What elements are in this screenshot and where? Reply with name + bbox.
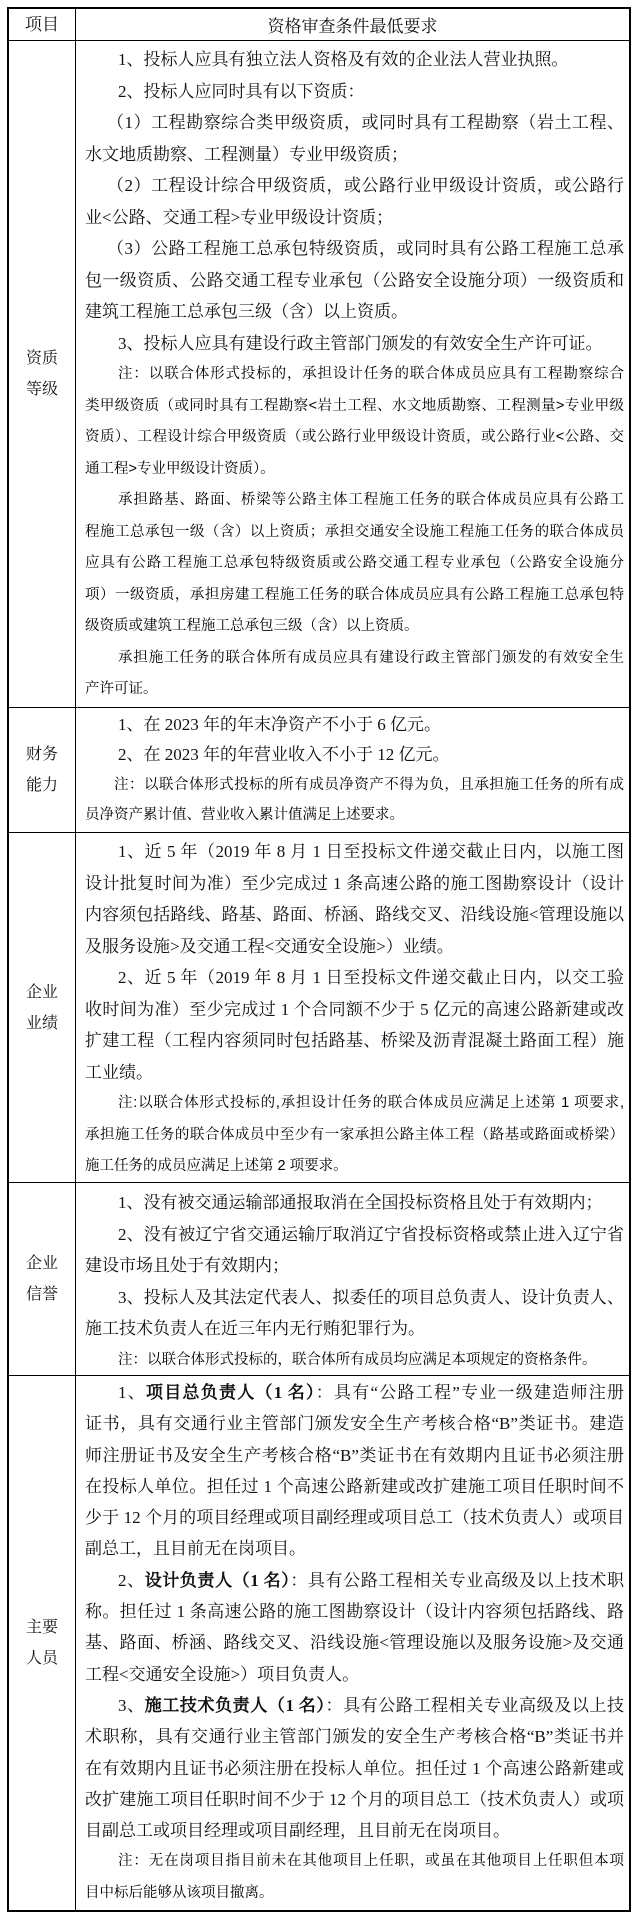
note-paragraph: 注：以联合体形式投标的，承担设计任务的联合体成员应具有工程勘察综合 类甲级资质（… (85, 359, 624, 485)
row-enterprise-reputation: 企业 信誉 1、没有被交通运输部通报取消在全国投标资格且处于有效期内； 2、没有… (9, 1183, 629, 1376)
requirement-line: 3、投标人及其法定代表人、拟委任的项目总负责人、设计负责人、 (85, 1282, 624, 1314)
note-line: 应具有公路工程施工总承包特级资质或公路交通工程专业承包（公路安全设施分 (85, 548, 624, 580)
note-line: 承担路基、路面、桥梁等公路主体工程施工任务的联合体成员应具有公路工 (85, 485, 624, 517)
row-key-personnel: 主要 人员 1、项目总负责人（1 名）：具有“公路工程”专业一级建造师注册 证书… (9, 1376, 629, 1910)
requirement-line: 工程<交通安全设施>）项目负责人。 (85, 1659, 624, 1690)
role-title: 施工技术负责人（1 名） (145, 1696, 326, 1715)
requirement-item: 1、在 2023 年的年末净资产不小于 6 亿元。 (85, 710, 624, 740)
requirement-line: 3、投标人应具有建设行政主管部门颁发的有效安全生产许可证。 (85, 328, 624, 360)
note-line: 注：以联合体形式投标的，承担设计任务的联合体成员应具有工程勘察综合 (85, 359, 624, 391)
requirement-line: 收时间为准）至少完成过 1 个合同额不少于 5 亿元的高速公路新建或改 (85, 994, 624, 1026)
role-title: 项目总负责人（1 名） (146, 1383, 316, 1402)
requirements-cell: 1、投标人应具有独立法人资格及有效的企业法人营业执照。 2、投标人应同时具有以下… (76, 41, 629, 707)
requirement-line: 建设市场且处于有效期内； (85, 1250, 624, 1282)
requirement-item: 3、投标人及其法定代表人、拟委任的项目总负责人、设计负责人、 施工技术负责人在近… (85, 1282, 624, 1345)
row-financial-capacity: 财务 能力 1、在 2023 年的年末净资产不小于 6 亿元。 2、在 2023… (9, 708, 629, 833)
requirement-line: 工业绩。 (85, 1057, 624, 1089)
category-label-line: 财务 (26, 739, 58, 770)
note-line: 级资质或建筑工程施工总承包三级（含）以上资质。 (85, 611, 624, 643)
note-line: 员净资产累计值、营业收入累计值满足上述要求。 (85, 800, 624, 830)
personnel-item-project-manager: 1、项目总负责人（1 名）：具有“公路工程”专业一级建造师注册 证书，具有交通行… (85, 1377, 624, 1565)
requirement-subitem: （1）工程勘察综合类甲级资质，或同时具有工程勘察（岩土工程、 水文地质勘察、工程… (85, 107, 624, 170)
requirement-line: 目副总工或项目经理或项目副经理，且目前无在岗项目。 (85, 1815, 624, 1846)
note-line: 通工程>专业甲级设计资质）。 (85, 454, 624, 486)
requirement-item: 2、没有被辽宁省交通运输厅取消辽宁省投标资格或禁止进入辽宁省 建设市场且处于有效… (85, 1219, 624, 1282)
requirement-line: 2、近 5 年（2019 年 8 月 1 日至投标文件递交截止日内，以交工验 (85, 962, 624, 994)
role-requirement: ：具有公路工程相关专业高级及以上技术职 (290, 1571, 624, 1590)
requirement-line: 扩建工程（工程内容须同时包括路基、桥梁及沥青混凝土路面工程）施 (85, 1025, 624, 1057)
category-label-line: 企业 (26, 977, 58, 1008)
header-item-label: 项目 (25, 9, 59, 40)
requirement-line: （2）工程设计综合甲级资质，或公路行业甲级设计资质，或公路行 (85, 170, 624, 202)
category-label: 主要 人员 (9, 1376, 76, 1910)
personnel-item-construction-technical-lead: 3、施工技术负责人（1 名）：具有公路工程相关专业高级及以上技 术职称，具有交通… (85, 1690, 624, 1846)
role-requirement: ：具有公路工程相关专业高级及以上技 (326, 1696, 625, 1715)
requirement-line: 称。担任过 1 条高速公路的施工图勘察设计（设计内容须包括路线、路 (85, 1596, 624, 1627)
item-number: 3、 (118, 1696, 145, 1715)
requirement-item: 2、在 2023 年的年营业收入不小于 12 亿元。 (85, 740, 624, 770)
requirement-line: 包一级资质、公路交通工程专业承包（公路安全设施分项）一级资质和 (85, 265, 624, 297)
requirement-line: 1、在 2023 年的年末净资产不小于 6 亿元。 (85, 710, 624, 740)
requirement-line: 1、近 5 年（2019 年 8 月 1 日至投标文件递交截止日内，以施工图 (85, 836, 624, 868)
requirement-line: 内容须包括路线、路基、路面、桥涵、路线交叉、沿线设施<管理设施以 (85, 899, 624, 931)
header-requirements-label: 资格审查条件最低要求 (268, 12, 438, 37)
requirement-line: 1、投标人应具有独立法人资格及有效的企业法人营业执照。 (85, 44, 624, 76)
requirement-line: 少于 12 个月的项目经理或项目副经理或项目总工（技术负责人）或项目 (85, 1502, 624, 1533)
requirements-cell: 1、没有被交通运输部通报取消在全国投标资格且处于有效期内； 2、没有被辽宁省交通… (76, 1183, 629, 1375)
category-label-line: 主要 (26, 1612, 58, 1643)
requirement-line: 副总工，且目前无在岗项目。 (85, 1533, 624, 1564)
requirement-line: 在投标人单位。担任过 1 个高速公路新建或改扩建施工项目任职时间不 (85, 1471, 624, 1502)
note-paragraph: 承担路基、路面、桥梁等公路主体工程施工任务的联合体成员应具有公路工 程施工总承包… (85, 485, 624, 643)
requirement-line: 建筑工程施工总承包三级（含）以上资质。 (85, 296, 624, 328)
category-label-line: 企业 (26, 1248, 58, 1279)
requirements-cell: 1、近 5 年（2019 年 8 月 1 日至投标文件递交截止日内，以施工图 设… (76, 833, 629, 1182)
requirement-line: （1）工程勘察综合类甲级资质，或同时具有工程勘察（岩土工程、 (85, 107, 624, 139)
note-line: 项）一级资质，承担房建工程施工任务的联合体成员应具有公路工程施工总承包特 (85, 580, 624, 612)
table-header-row: 项目 资格审查条件最低要求 (9, 9, 629, 41)
requirement-line: 改扩建施工项目任职时间不少于 12 个月的项目总工（技术负责人）或项 (85, 1784, 624, 1815)
item-number: 2、 (118, 1571, 145, 1590)
requirement-line: 2、投标人应同时具有以下资质： (85, 76, 624, 108)
requirement-line: 及服务设施>及交通工程<交通安全设施>）业绩。 (85, 931, 624, 963)
requirement-line: 业<公路、交通工程>专业甲级设计资质； (85, 202, 624, 234)
category-label-line: 能力 (26, 770, 58, 801)
requirement-line: 2、设计负责人（1 名）：具有公路工程相关专业高级及以上技术职 (85, 1565, 624, 1596)
category-label: 资质 等级 (9, 41, 76, 707)
requirement-item: 2、近 5 年（2019 年 8 月 1 日至投标文件递交截止日内，以交工验 收… (85, 962, 624, 1088)
requirement-line: （3）公路工程施工总承包特级资质，或同时具有公路工程施工总承 (85, 233, 624, 265)
requirement-item: 3、投标人应具有建设行政主管部门颁发的有效安全生产许可证。 (85, 328, 624, 360)
requirement-line: 1、没有被交通运输部通报取消在全国投标资格且处于有效期内； (85, 1187, 624, 1219)
category-label-line: 等级 (26, 374, 58, 405)
category-label-line: 信誉 (26, 1279, 58, 1310)
requirements-cell: 1、项目总负责人（1 名）：具有“公路工程”专业一级建造师注册 证书，具有交通行… (76, 1376, 629, 1910)
note-line: 资质）、工程设计综合甲级资质（或公路行业甲级设计资质，或公路行业<公路、交 (85, 422, 624, 454)
category-label: 企业 业绩 (9, 833, 76, 1182)
requirement-item: 2、投标人应同时具有以下资质： (85, 76, 624, 108)
note-line: 注：以联合体形式投标的所有成员净资产不得为负，且承担施工任务的所有成 (85, 770, 624, 800)
role-requirement: ：具有“公路工程”专业一级建造师注册 (316, 1383, 624, 1402)
requirement-line: 2、没有被辽宁省交通运输厅取消辽宁省投标资格或禁止进入辽宁省 (85, 1219, 624, 1251)
note-paragraph: 承担施工任务的联合体所有成员应具有建设行政主管部门颁发的有效安全生 产许可证。 (85, 643, 624, 706)
requirement-item: 1、近 5 年（2019 年 8 月 1 日至投标文件递交截止日内，以施工图 设… (85, 836, 624, 962)
header-requirements-column: 资格审查条件最低要求 (76, 9, 629, 40)
requirement-line: 基、路面、桥涵、路线交叉、沿线设施<管理设施以及服务设施>及交通 (85, 1627, 624, 1658)
requirement-line: 施工技术负责人在近三年内无行贿犯罪行为。 (85, 1313, 624, 1345)
item-number: 1、 (118, 1383, 146, 1402)
requirement-line: 师注册证书及安全生产考核合格“B”类证书在有效期内且证书必须注册 (85, 1440, 624, 1471)
note-line: 注:以联合体形式投标的,承担设计任务的联合体成员应满足上述第 1 项要求, (85, 1088, 624, 1120)
requirement-line: 2、在 2023 年的年营业收入不小于 12 亿元。 (85, 740, 624, 770)
row-qualification-level: 资质 等级 1、投标人应具有独立法人资格及有效的企业法人营业执照。 2、投标人应… (9, 41, 629, 708)
category-label-line: 资质 (26, 343, 58, 374)
note-paragraph: 注：以联合体形式投标的，联合体所有成员均应满足本项规定的资格条件。 (85, 1345, 624, 1377)
note-line: 承担施工任务的联合体成员中至少有一家承担公路主体工程（路基或路面或桥梁） (85, 1120, 624, 1152)
requirement-line: 证书，具有交通行业主管部门颁发安全生产考核合格“B”类证书。建造 (85, 1408, 624, 1439)
requirement-subitem: （2）工程设计综合甲级资质，或公路行业甲级设计资质，或公路行 业<公路、交通工程… (85, 170, 624, 233)
requirement-line: 1、项目总负责人（1 名）：具有“公路工程”专业一级建造师注册 (85, 1377, 624, 1408)
category-label-line: 人员 (26, 1643, 58, 1674)
requirement-line: 3、施工技术负责人（1 名）：具有公路工程相关专业高级及以上技 (85, 1690, 624, 1721)
note-line: 程施工总承包一级（含）以上资质；承担交通安全设施工程施工任务的联合体成员 (85, 517, 624, 549)
note-line: 目中标后能够从该项目撤离。 (85, 1878, 624, 1909)
requirements-cell: 1、在 2023 年的年末净资产不小于 6 亿元。 2、在 2023 年的年营业… (76, 708, 629, 832)
header-item-column: 项目 (9, 9, 76, 40)
note-paragraph: 注:以联合体形式投标的,承担设计任务的联合体成员应满足上述第 1 项要求, 承担… (85, 1088, 624, 1183)
category-label-line: 业绩 (26, 1008, 58, 1039)
requirement-subitem: （3）公路工程施工总承包特级资质，或同时具有公路工程施工总承 包一级资质、公路交… (85, 233, 624, 328)
qualification-requirements-table: 项目 资格审查条件最低要求 资质 等级 1、投标人应具有独立法人资格及有效的企业… (7, 7, 631, 1912)
requirement-line: 在有效期内且证书必须注册在投标人单位。担任过 1 个高速公路新建或 (85, 1753, 624, 1784)
note-paragraph: 注：以联合体形式投标的所有成员净资产不得为负，且承担施工任务的所有成 员净资产累… (85, 770, 624, 830)
category-label: 财务 能力 (9, 708, 76, 832)
note-paragraph: 注：无在岗项目指目前未在其他项目上任职，或虽在其他项目上任职但本项 目中标后能够… (85, 1846, 624, 1909)
category-label: 企业 信誉 (9, 1183, 76, 1375)
note-line: 注：无在岗项目指目前未在其他项目上任职，或虽在其他项目上任职但本项 (85, 1846, 624, 1877)
requirement-line: 术职称，具有交通行业主管部门颁发的安全生产考核合格“B”类证书并 (85, 1721, 624, 1752)
requirement-item: 1、没有被交通运输部通报取消在全国投标资格且处于有效期内； (85, 1187, 624, 1219)
note-line: 产许可证。 (85, 674, 624, 706)
personnel-item-design-lead: 2、设计负责人（1 名）：具有公路工程相关专业高级及以上技术职 称。担任过 1 … (85, 1565, 624, 1690)
note-line: 注：以联合体形式投标的，联合体所有成员均应满足本项规定的资格条件。 (85, 1345, 624, 1377)
row-enterprise-performance: 企业 业绩 1、近 5 年（2019 年 8 月 1 日至投标文件递交截止日内，… (9, 833, 629, 1183)
note-line: 承担施工任务的联合体所有成员应具有建设行政主管部门颁发的有效安全生 (85, 643, 624, 675)
requirement-item: 1、投标人应具有独立法人资格及有效的企业法人营业执照。 (85, 44, 624, 76)
requirement-line: 设计批复时间为准）至少完成过 1 条高速公路的施工图勘察设计（设计 (85, 868, 624, 900)
note-line: 类甲级资质（或同时具有工程勘察<岩土工程、水文地质勘察、工程测量>专业甲级 (85, 391, 624, 423)
note-line: 施工任务的成员应满足上述第 2 项要求。 (85, 1151, 624, 1183)
role-title: 设计负责人（1 名） (145, 1571, 291, 1590)
requirement-line: 水文地质勘察、工程测量）专业甲级资质； (85, 139, 624, 171)
